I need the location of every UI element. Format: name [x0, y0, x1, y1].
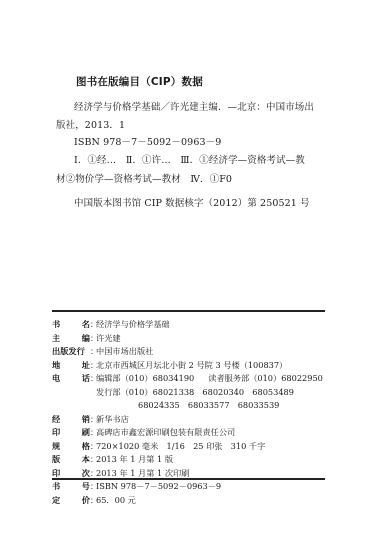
- info-row-isbn: 书号 ： ISBN 978－7－5092－0963－9: [52, 480, 323, 494]
- info-row-phone-distribution: 发行部（010）68021338 68020340 68053489: [52, 386, 323, 400]
- distributor-value: 新华书店: [96, 413, 129, 427]
- phone-distribution: 发行部（010）68021338 68020340 68053489: [96, 386, 294, 400]
- phone-editorial: 编辑部（010）68034190: [96, 372, 194, 386]
- info-row-editor: 主编 ： 许光建: [52, 332, 323, 346]
- book-name-value: 经济学与价格学基础: [96, 318, 170, 332]
- phone-distribution-2: 68024335 68033577 68033539: [138, 399, 279, 413]
- phone-reader-service: 读者服务部（010）68022950: [208, 372, 323, 386]
- cip-line-classification-1: Ⅰ．①经… Ⅱ．①许… Ⅲ．①经济学—资格考试—教: [74, 152, 305, 166]
- edition-value: 2013 年 1 月第 1 版: [96, 453, 173, 467]
- info-row-address: 地址 ： 北京市西城区月坛北小街 2 号院 3 号楼（100837）: [52, 359, 323, 373]
- cip-line-classification-2: 材②物价学—资格考试—教材 Ⅳ．①F0: [56, 171, 232, 185]
- price-value: 65．00 元: [96, 494, 136, 508]
- cip-line-title: 经济学与价格学基础／许光建主编．—北京：中国市场出: [74, 99, 314, 113]
- isbn-value: ISBN 978－7－5092－0963－9: [96, 480, 221, 494]
- top-rule: [52, 310, 325, 312]
- cip-title: 图书在版编目（CIP）数据: [76, 74, 203, 89]
- address-value: 北京市西城区月坛北小街 2 号院 3 号楼（100837）: [96, 359, 287, 373]
- printer-value: 高碑店市鑫宏源印刷包装有限责任公司: [96, 426, 235, 440]
- info-row-spec: 规格 ： 720×1020 毫米 1/16 25 印张 310 千字: [52, 440, 323, 454]
- publisher-value: 中国市场出版社: [96, 345, 153, 359]
- editor-value: 许光建: [96, 332, 121, 346]
- info-row-phone-distribution-2: 68024335 68033577 68033539: [52, 399, 323, 413]
- cip-line-catalog-number: 中国版本图书馆 CIP 数据核字（2012）第 250521 号: [74, 195, 310, 209]
- bottom-rule: [52, 478, 325, 480]
- info-row-distributor: 经销 ： 新华书店: [52, 413, 323, 427]
- info-row-book-name: 书名 ： 经济学与价格学基础: [52, 318, 323, 332]
- info-row-printer: 印刷 ： 高碑店市鑫宏源印刷包装有限责任公司: [52, 426, 323, 440]
- cip-line-isbn: ISBN 978－7－5092－0963－9: [74, 134, 221, 148]
- spec-value: 720×1020 毫米 1/16 25 印张 310 千字: [96, 440, 265, 454]
- info-row-phone: 电话 ： 编辑部（010）68034190 读者服务部（010）68022950: [52, 372, 323, 386]
- info-row-edition: 版本 ： 2013 年 1 月第 1 版: [52, 453, 323, 467]
- cip-line-publisher-date: 版社，2013．1: [56, 117, 125, 131]
- info-row-price: 定价 ： 65．00 元: [52, 494, 323, 508]
- info-row-publisher: 出版发行 ： 中国市场出版社: [52, 345, 323, 359]
